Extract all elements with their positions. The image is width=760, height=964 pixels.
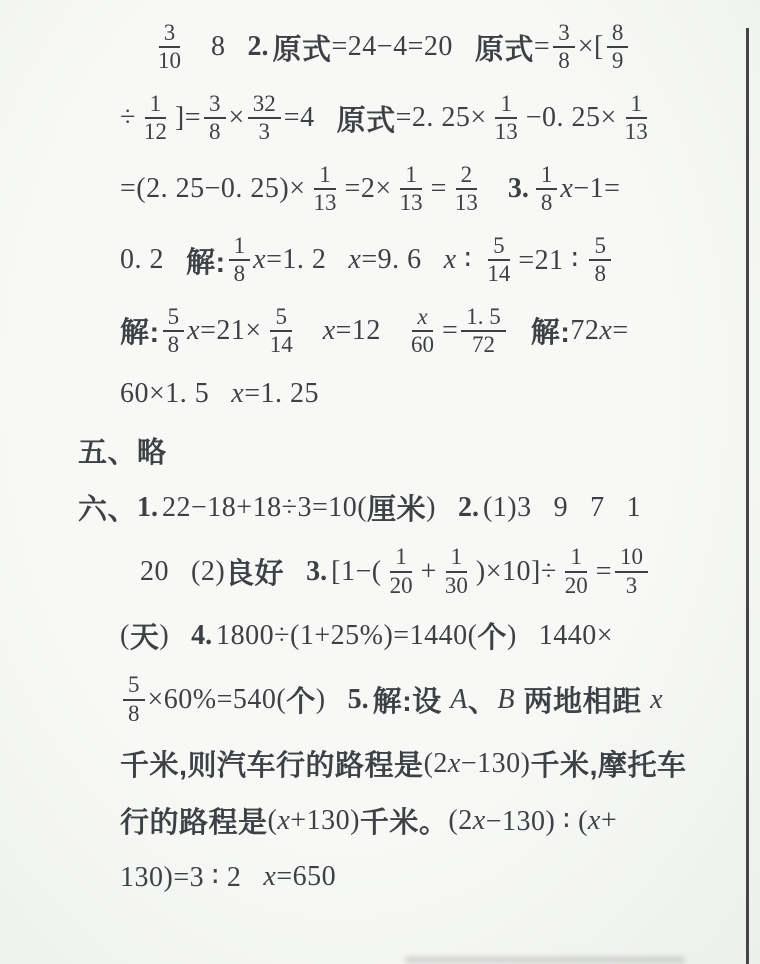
- fraction-numerator: 1: [390, 544, 412, 572]
- fraction-denominator: 13: [490, 119, 523, 145]
- fraction-denominator: 13: [620, 119, 653, 145]
- fraction: 113: [395, 162, 428, 217]
- math-text: 8: [211, 31, 226, 63]
- answer-sheet: 31082.原式=24−4=20原式=38×[89÷112]=38×323=4原…: [120, 20, 732, 913]
- chinese-text: 千米,摩托车: [530, 743, 686, 784]
- chinese-text: 原式: [337, 98, 396, 139]
- math-text: +: [601, 805, 617, 837]
- fraction: 120: [385, 544, 418, 599]
- fraction: 38: [553, 20, 575, 75]
- math-text: ): [159, 620, 169, 652]
- math-text: 72: [570, 315, 599, 347]
- fraction-numerator: x: [412, 304, 432, 332]
- fraction-denominator: 12: [139, 119, 172, 145]
- math-text: 22−18+18÷3=10(: [162, 492, 367, 524]
- fraction-denominator: 3: [621, 573, 643, 599]
- chinese-text: 解:: [531, 310, 571, 351]
- fraction: 58: [163, 304, 185, 359]
- chinese-text: 解:: [186, 240, 226, 281]
- math-text: ): [426, 492, 436, 524]
- math-text: −1=: [573, 173, 620, 205]
- math-text: 7: [590, 492, 605, 524]
- fraction-numerator: 1. 5: [461, 304, 506, 332]
- fraction-denominator: 8: [123, 701, 145, 727]
- fraction: 323: [248, 91, 281, 146]
- math-text: =12: [336, 315, 381, 347]
- answer-line-3: =(2. 25−0. 25)×113=2×113=2133.18x−1=: [120, 162, 732, 217]
- fraction-denominator: 8: [229, 261, 251, 287]
- fraction: 112: [139, 91, 172, 146]
- fraction-denominator: 30: [440, 573, 473, 599]
- fraction-denominator: 13: [309, 190, 342, 216]
- variable: x: [263, 861, 276, 893]
- answer-line-1: 31082.原式=24−4=20原式=38×[89: [150, 20, 732, 75]
- fraction-denominator: 20: [385, 573, 418, 599]
- variable: x: [348, 244, 361, 276]
- math-text: =: [442, 315, 458, 347]
- answer-line-12: 千米,则汽车行的路程是(2x−130)千米,摩托车: [120, 743, 732, 784]
- fraction-numerator: 1: [145, 91, 167, 119]
- item-number: 2.: [458, 492, 479, 524]
- variable: x: [599, 315, 612, 347]
- fraction: 130: [440, 544, 473, 599]
- variable: x: [231, 378, 244, 410]
- fraction: 213: [450, 162, 483, 217]
- fraction: 89: [607, 20, 629, 75]
- fraction-numerator: 10: [615, 544, 648, 572]
- fraction-denominator: 10: [153, 48, 186, 74]
- math-text: [1−(: [331, 556, 381, 588]
- fraction: 18: [229, 233, 251, 288]
- math-text: =2×: [345, 173, 392, 205]
- chinese-text: 千米。: [360, 800, 449, 841]
- variable: x: [253, 244, 266, 276]
- fraction-denominator: 8: [536, 190, 558, 216]
- chinese-text: 解:设: [373, 679, 451, 720]
- chinese-text: 原式: [273, 27, 332, 68]
- math-text: 1: [627, 492, 642, 524]
- fraction-numerator: 3: [553, 20, 575, 48]
- math-text: ∶: [457, 243, 480, 277]
- math-text: 60×1. 5: [120, 378, 209, 410]
- variable: x: [560, 173, 573, 205]
- item-number: 3.: [306, 556, 327, 588]
- fraction-denominator: 14: [482, 261, 515, 287]
- answer-line-4: 0. 2解:18x=1. 2x=9. 6x ∶ 514=21 ∶ 58: [120, 233, 732, 288]
- chinese-text: 六、: [78, 487, 137, 528]
- math-text: =2. 25×: [396, 102, 487, 134]
- fraction-numerator: 1: [565, 544, 587, 572]
- variable: x: [650, 684, 663, 716]
- math-text: =: [612, 315, 628, 347]
- math-text: =24−4=20: [332, 31, 453, 63]
- math-text: 9: [554, 492, 569, 524]
- fraction-numerator: 1: [400, 162, 422, 190]
- item-number: 1.: [137, 492, 158, 524]
- math-text: )×10]÷: [476, 556, 557, 588]
- fraction-numerator: 5: [270, 304, 292, 332]
- fraction-numerator: 1: [229, 233, 251, 261]
- math-text: =21×: [200, 315, 262, 347]
- fraction-denominator: 13: [395, 190, 428, 216]
- next-line-smudge: [405, 957, 685, 963]
- math-text: ): [316, 684, 326, 716]
- math-text: (2: [448, 805, 472, 837]
- math-text: (: [120, 620, 130, 652]
- math-text: +130): [290, 805, 360, 837]
- fraction-denominator: 60: [406, 332, 439, 358]
- item-number: 2.: [248, 31, 269, 63]
- chinese-text: 行的路程是: [120, 800, 268, 841]
- math-text: ×[: [578, 31, 604, 63]
- fraction-numerator: 32: [248, 91, 281, 119]
- variable: x: [448, 748, 461, 780]
- fraction: 58: [589, 233, 611, 288]
- chinese-text: 原式: [475, 27, 534, 68]
- math-text: −130): [461, 748, 531, 780]
- answer-line-9: 20(2)良好3.[1−(120+130)×10]÷120=103: [140, 544, 732, 599]
- math-text: 0. 2: [120, 244, 164, 276]
- math-text: ×: [229, 102, 245, 134]
- fraction-denominator: 8: [553, 48, 575, 74]
- math-text: 1800÷(1+25%)=1440(: [216, 620, 477, 652]
- variable: A: [450, 684, 468, 716]
- section-five: 五、略: [78, 430, 732, 471]
- fraction-denominator: 8: [204, 119, 226, 145]
- fraction-denominator: 14: [265, 332, 298, 358]
- chinese-text: 厘米: [367, 487, 426, 528]
- fraction-denominator: 8: [163, 332, 185, 358]
- fraction-numerator: 1: [495, 91, 517, 119]
- fraction: 38: [204, 91, 226, 146]
- fraction-denominator: 20: [560, 573, 593, 599]
- fraction-numerator: 1: [626, 91, 648, 119]
- answer-line-13: 行的路程是(x+130)千米。(2x−130) ∶ (x+: [120, 800, 732, 841]
- fraction: 1. 572: [461, 304, 506, 359]
- fraction-numerator: 8: [607, 20, 629, 48]
- chinese-text: 五、略: [78, 430, 167, 471]
- fraction: 58: [123, 672, 145, 727]
- fraction: 113: [620, 91, 653, 146]
- chinese-text: 两地相距: [515, 679, 650, 720]
- math-text: =9. 6: [361, 244, 421, 276]
- fraction-numerator: 2: [456, 162, 478, 190]
- fraction: 113: [490, 91, 523, 146]
- chinese-text: 千米,则汽车行的路程是: [120, 743, 424, 784]
- math-text: ]=: [175, 102, 201, 134]
- fraction-denominator: 13: [450, 190, 483, 216]
- fraction: 120: [560, 544, 593, 599]
- math-text: =: [534, 31, 550, 63]
- math-text: (2: [424, 748, 448, 780]
- item-number: 3.: [508, 173, 529, 205]
- chinese-text: 天: [130, 615, 160, 656]
- fraction-denominator: 72: [467, 332, 500, 358]
- page-edge-rule: [746, 28, 749, 964]
- math-text: =1. 25: [244, 378, 319, 410]
- variable: x: [588, 805, 601, 837]
- fraction-numerator: 1: [536, 162, 558, 190]
- answer-line-5: 解:58x=21×514x=12x60=1. 572解:72x=: [120, 304, 732, 359]
- math-text: =: [596, 556, 612, 588]
- fraction: 514: [265, 304, 298, 359]
- fraction-denominator: 9: [607, 48, 629, 74]
- fraction: 113: [309, 162, 342, 217]
- item-number: 4.: [191, 620, 212, 652]
- chinese-text: 解:: [120, 310, 160, 351]
- fraction: x60: [406, 304, 439, 359]
- fraction-numerator: 5: [163, 304, 185, 332]
- fraction-numerator: 1: [446, 544, 468, 572]
- math-text: −130) ∶ (: [486, 804, 588, 838]
- fraction-numerator: 1: [314, 162, 336, 190]
- math-text: =: [431, 173, 447, 205]
- chinese-text: 个: [286, 679, 316, 720]
- fraction: 514: [482, 233, 515, 288]
- answer-line-11: 58×60%=540(个)5.解:设 A、B 两地相距 x: [120, 672, 732, 727]
- math-text: =4: [284, 102, 315, 134]
- answer-line-10: (天)4.1800÷(1+25%)=1440(个)1440×: [120, 615, 732, 656]
- variable: x: [277, 805, 290, 837]
- item-number: 5.: [348, 684, 369, 716]
- fraction-denominator: 8: [589, 261, 611, 287]
- answer-line-2: ÷112]=38×323=4原式=2. 25×113−0. 25×113: [120, 91, 732, 146]
- math-text: (1)3: [483, 492, 532, 524]
- math-text: =(2. 25−0. 25)×: [120, 173, 306, 205]
- answer-line-14: 130)=3 ∶ 2x=650: [120, 857, 732, 897]
- math-text: (: [268, 805, 278, 837]
- math-text: +: [421, 556, 437, 588]
- chinese-text: 个: [477, 615, 507, 656]
- math-text: −0. 25×: [526, 102, 617, 134]
- fraction: 103: [615, 544, 648, 599]
- math-text: ÷: [120, 102, 136, 134]
- chinese-text: 、: [468, 679, 498, 720]
- answer-line-6: 60×1. 5x=1. 25: [120, 374, 732, 414]
- fraction-numerator: 3: [204, 91, 226, 119]
- variable: x: [444, 244, 457, 276]
- fraction: 18: [536, 162, 558, 217]
- variable: x: [187, 315, 200, 347]
- math-text: ): [507, 620, 517, 652]
- math-text: 20: [140, 556, 169, 588]
- fraction-numerator: 3: [159, 20, 181, 48]
- fraction-numerator: 5: [488, 233, 510, 261]
- math-text: =1. 2: [266, 244, 326, 276]
- math-text: 130)=3 ∶ 2: [120, 860, 241, 894]
- math-text: 1440×: [539, 620, 613, 652]
- chinese-text: 良好: [225, 551, 284, 592]
- variable: B: [497, 684, 515, 716]
- fraction-numerator: 5: [123, 672, 145, 700]
- math-text: ×60%=540(: [148, 684, 287, 716]
- math-text: (2): [191, 556, 225, 588]
- math-text: =21 ∶: [518, 243, 586, 277]
- section-six-line-1: 六、1.22−18+18÷3=10(厘米)2.(1)3971: [78, 487, 732, 528]
- fraction: 310: [153, 20, 186, 75]
- fraction-numerator: 5: [589, 233, 611, 261]
- math-text: =650: [276, 861, 336, 893]
- fraction-denominator: 3: [254, 119, 276, 145]
- variable: x: [473, 805, 486, 837]
- variable: x: [323, 315, 336, 347]
